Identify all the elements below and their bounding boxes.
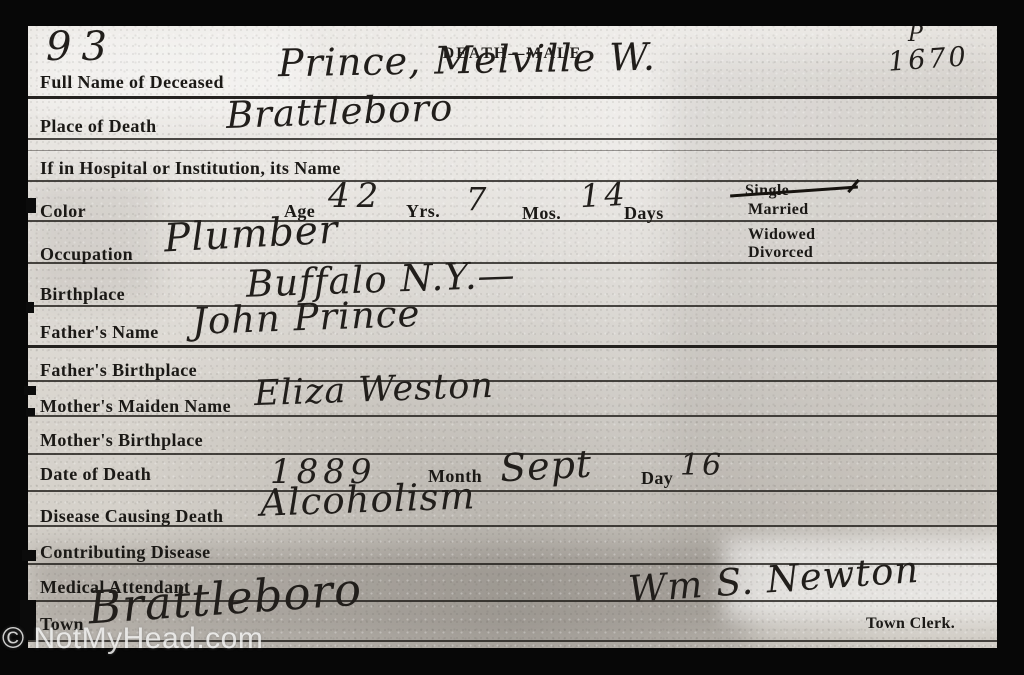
mothers-maiden-name-label: Mother's Maiden Name	[40, 396, 231, 417]
rule-line	[28, 490, 997, 492]
watermark: © NotMyHead.com	[2, 622, 263, 656]
birthplace-label: Birthplace	[40, 284, 125, 305]
fathers-name-value: John Prince	[191, 292, 421, 343]
scan-edge-blemish	[24, 386, 36, 395]
scan-border-top	[0, 0, 1024, 26]
death-day-value: 16	[680, 448, 724, 483]
scan-border-right	[997, 0, 1024, 675]
rule-line	[28, 138, 997, 140]
age-months-unit: Mos.	[522, 203, 561, 224]
scan-edge-blemish	[26, 198, 36, 213]
disease-causing-death-label: Disease Causing Death	[40, 506, 223, 527]
scan-border-left	[0, 0, 28, 675]
scan-edge-blemish	[26, 408, 35, 416]
color-label: Color	[40, 201, 86, 222]
scan-edge-blemish	[22, 550, 36, 561]
rule-line	[28, 96, 997, 99]
hospital-label: If in Hospital or Institution, its Name	[40, 158, 341, 179]
fathers-birthplace-label: Father's Birthplace	[40, 360, 197, 381]
date-of-death-label: Date of Death	[40, 464, 151, 485]
place-of-death-label: Place of Death	[40, 116, 157, 137]
mothers-maiden-name-value: Eliza Weston	[253, 366, 494, 414]
scan-shade-right	[668, 56, 998, 596]
death-month-value: Sept	[499, 442, 593, 491]
full-name-label: Full Name of Deceased	[40, 72, 224, 93]
index-code-number: 1670	[887, 41, 970, 78]
death-day-label: Day	[641, 468, 673, 489]
age-years-unit: Yrs.	[406, 201, 440, 222]
full-name-value: Prince, Melville W.	[278, 35, 657, 86]
place-of-death-value: Brattleboro	[225, 86, 454, 137]
contributing-disease-label: Contributing Disease	[40, 542, 211, 563]
marital-option-married: Married	[748, 201, 809, 219]
fathers-name-label: Father's Name	[40, 322, 159, 343]
age-days-value: 14	[579, 175, 630, 215]
rule-line	[28, 180, 997, 182]
death-certificate-card: 93 DEATH—MALE P 1670 Full Name of Deceas…	[28, 26, 997, 650]
occupation-value: Plumber	[163, 207, 340, 261]
disease-causing-death-value: Alcoholism	[259, 474, 476, 524]
marital-option-widowed: Widowed	[748, 226, 815, 244]
clerk-title: Town Clerk.	[866, 615, 955, 633]
rule-line	[28, 150, 997, 151]
rule-line	[28, 345, 997, 348]
mothers-birthplace-label: Mother's Birthplace	[40, 430, 203, 451]
age-months-value: 7	[466, 180, 487, 218]
occupation-label: Occupation	[40, 244, 133, 265]
scan-edge-blemish	[26, 302, 34, 313]
age-days-unit: Days	[624, 203, 664, 224]
rule-line	[28, 305, 997, 307]
marital-option-divorced: Divorced	[748, 244, 813, 262]
scanned-death-record: { "watermark": "© NotMyHead.com", "card"…	[0, 0, 1024, 675]
